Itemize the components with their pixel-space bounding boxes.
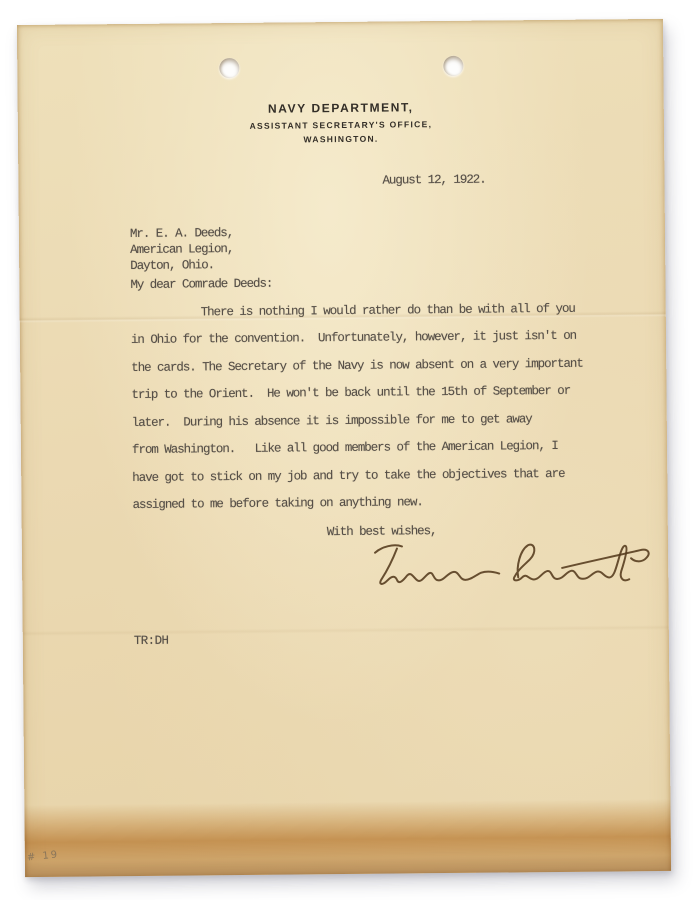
body-line: trip to the Orient. He won't be back unt…: [131, 384, 570, 402]
letterhead: NAVY DEPARTMENT, ASSISTANT SECRETARY'S O…: [18, 98, 664, 147]
letter-paper: NAVY DEPARTMENT, ASSISTANT SECRETARY'S O…: [17, 19, 671, 877]
letterhead-department: NAVY DEPARTMENT,: [18, 98, 664, 118]
body-line: later. During his absence it is impossib…: [132, 412, 532, 430]
body-line: from Washington. Like all good members o…: [132, 439, 558, 457]
recipient-address: Mr. E. A. Deeds,American Legion,Dayton, …: [130, 225, 234, 274]
typist-initials: TR:DH: [134, 634, 169, 649]
body-line: in Ohio for the convention. Unfortunatel…: [131, 329, 576, 347]
scanned-letter-page: { "page": { "description": "Scanned type…: [0, 0, 699, 900]
closing: With best wishes,: [327, 524, 437, 540]
letter-body: There is nothing I would rather do than …: [131, 302, 601, 307]
handwritten-signature: [366, 537, 662, 602]
paper-crease-faint: [23, 625, 669, 636]
letterhead-office: ASSISTANT SECRETARY'S OFFICE,: [18, 117, 664, 133]
letter-date: August 12, 1922.: [382, 173, 485, 189]
body-line: have got to stick on my job and try to t…: [132, 467, 564, 485]
aged-bottom-edge: [24, 799, 671, 877]
letterhead-city: WASHINGTON.: [18, 131, 664, 147]
punch-hole-left: [219, 58, 239, 78]
salutation: My dear Comrade Deeds:: [130, 277, 272, 293]
recipient-line: Mr. E. A. Deeds,: [130, 226, 233, 241]
recipient-line: Dayton, Ohio.: [130, 258, 214, 273]
body-line: assigned to me before taking on anything…: [132, 495, 422, 512]
recipient-line: American Legion,: [130, 242, 233, 257]
body-line: the cards. The Secretary of the Navy is …: [131, 357, 583, 375]
punch-hole-right: [443, 56, 463, 76]
